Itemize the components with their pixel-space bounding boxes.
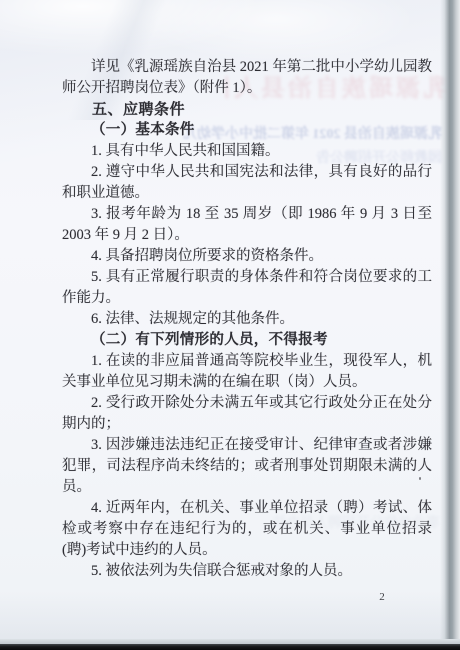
paragraph-condition-1: 1. 具有中华人民共和国国籍。: [62, 141, 432, 162]
document-body: 详见《乳源瑶族自治县 2021 年第二批中小学幼儿园教师公开招聘岗位表》（附件 …: [62, 57, 432, 582]
paragraph-see-attachment: 详见《乳源瑶族自治县 2021 年第二批中小学幼儿园教师公开招聘岗位表》（附件 …: [62, 57, 432, 99]
paragraph-condition-4: 4. 具备招聘岗位所要求的资格条件。: [62, 246, 432, 267]
page-number: 2: [374, 591, 390, 603]
paragraph-ineligible-2: 2. 受行政开除处分未满五年或其它行政处分正在处分期内的；: [62, 393, 432, 435]
paragraph-condition-5: 5. 具有正常履行职责的身体条件和符合岗位要求的工作能力。: [62, 267, 432, 309]
paragraph-condition-2: 2. 遵守中华人民共和国宪法和法律，具有良好的品行和职业道德。: [62, 162, 432, 204]
scan-artifact-dot: [419, 477, 421, 480]
paragraph-ineligible-5: 5. 被依法列为失信联合惩戒对象的人员。: [62, 561, 432, 582]
subsection-heading-ineligible-persons: （二）有下列情形的人员，不得报考: [62, 330, 432, 351]
subsection-heading-basic-conditions: （一）基本条件: [62, 120, 432, 141]
page-edge-shadow: [440, 0, 460, 650]
paragraph-ineligible-4: 4. 近两年内，在机关、事业单位招录（聘）考试、体检或考察中存在违纪行为的，或在…: [62, 498, 432, 561]
scanner-bed-dark-strip: [0, 644, 460, 650]
section-heading-5-conditions: 五、应聘条件: [62, 99, 432, 120]
paragraph-condition-6: 6. 法律、法规规定的其他条件。: [62, 309, 432, 330]
scanned-document-page: 乳源瑶族自治县人民政府 乳源瑶族自治县 2021 年第二批中小学幼儿 园教师公开…: [0, 0, 460, 650]
paragraph-ineligible-1: 1. 在读的非应届普通高等院校毕业生，现役军人，机关事业单位见习期未满的在编在职…: [62, 351, 432, 393]
paragraph-condition-3: 3. 报考年龄为 18 至 35 周岁（即 1986 年 9 月 3 日至 20…: [62, 204, 432, 246]
paragraph-ineligible-3: 3. 因涉嫌违法违纪正在接受审计、纪律审查或者涉嫌犯罪，司法程序尚未终结的；或者…: [62, 435, 432, 498]
